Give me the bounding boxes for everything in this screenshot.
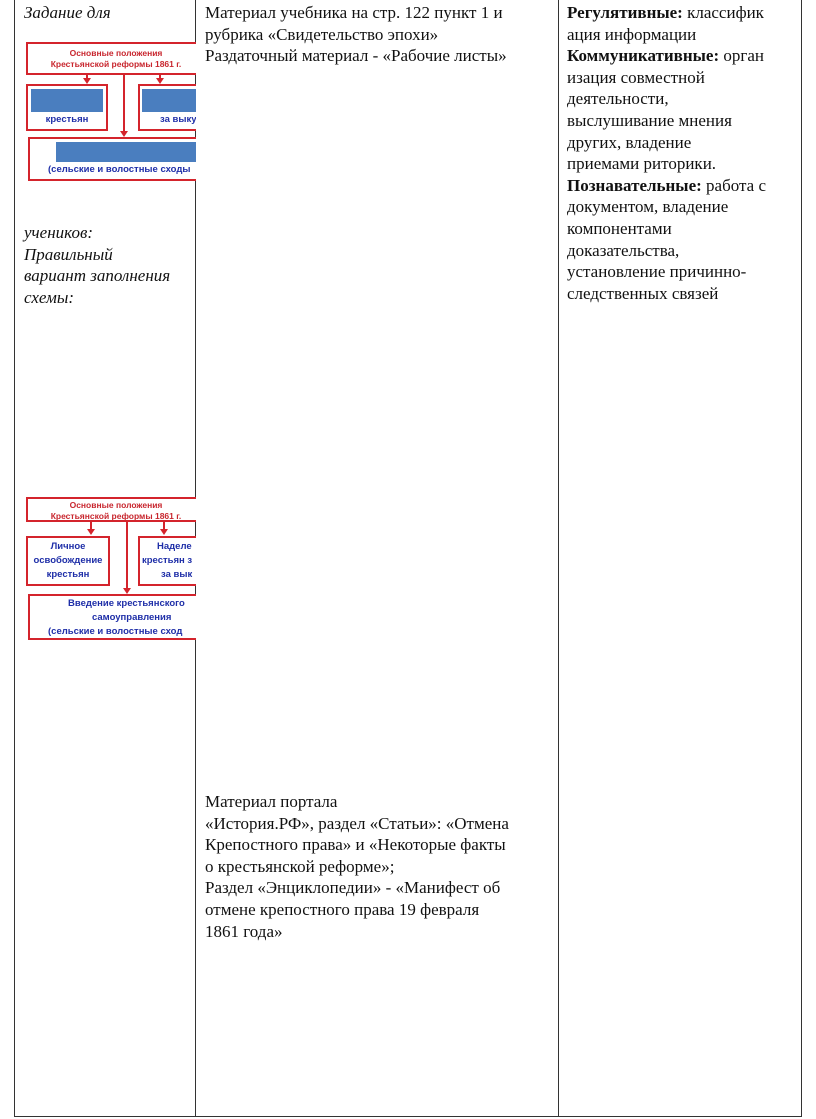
text-line: выслушивание мнения [567,110,766,132]
diagram-bottom-box: Введение крестьянского самоуправления (с… [28,594,196,640]
diagram-right-line: за вык [140,568,196,582]
text-span: классифик [683,3,764,22]
diagram-right-box: за выку [138,84,196,131]
learning-outcomes: Регулятивные: классифик ация информации … [567,2,766,304]
blank-field [56,142,196,162]
diagram-bottom-line: (сельские и волостные сход [30,625,196,639]
text-line: Материал портала [205,791,509,813]
diagram-title-line: Основные положения [28,500,196,511]
diagram-left-text: крестьян [28,113,106,127]
text-span: работа с [702,176,766,195]
text-line: доказательства, [567,240,766,262]
task-heading: Задание для [24,2,111,24]
text-line: ация информации [567,24,766,46]
regulative-line: Регулятивные: классифик [567,2,766,24]
cognitive-label: Познавательные: [567,176,702,195]
connector [123,75,125,135]
text-line: приемами риторики. [567,153,766,175]
diagram-bottom-line: Введение крестьянского [30,597,196,611]
text-line: рубрика «Свидетельство эпохи» [205,24,507,46]
regulative-label: Регулятивные: [567,3,683,22]
blank-field [31,89,103,112]
text-line: Крепостного права» и «Некоторые факты [205,834,509,856]
text-line: документом, владение [567,196,766,218]
diagram-title-box: Основные положения Крестьянской реформы … [26,497,196,522]
text-line: отмене крепостного права 19 февраля [205,899,509,921]
diagram-right-line: Наделе [140,540,196,554]
diagram-left-line: крестьян [28,568,108,582]
diagram-right-box: Наделе крестьян з за вык [138,536,196,586]
diagram-title-line: Основные положения [28,48,196,59]
text-line: следственных связей [567,283,766,305]
text-line: других, владение [567,132,766,154]
blank-field [142,89,196,112]
table-border-right [801,0,802,1117]
diagram-title-box: Основные положения Крестьянской реформы … [26,42,196,75]
diagram-title-line: Крестьянской реформы 1861 г. [28,511,196,522]
text-line: Материал учебника на стр. 122 пункт 1 и [205,2,507,24]
document-page: Задание для Основные положения Крестьянс… [0,0,816,1119]
diagram-bottom-line: самоуправления [30,611,196,625]
reform-diagram-answer: Основные положения Крестьянской реформы … [22,495,196,645]
diagram-bottom-box: (сельские и волостные сходы [28,137,196,181]
subheading-line: схемы: [24,287,170,309]
arrow-icon [160,529,168,535]
text-line: деятельности, [567,88,766,110]
communicative-label: Коммуникативные: [567,46,719,65]
materials-block-textbook: Материал учебника на стр. 122 пункт 1 и … [205,2,507,67]
diagram-bottom-text: (сельские и волостные сходы [48,163,191,177]
text-line: Раздаточный материал - «Рабочие листы» [205,45,507,67]
connector [126,522,128,592]
communicative-line: Коммуникативные: орган [567,45,766,67]
table-divider-2 [558,0,559,1117]
text-line: «История.РФ», раздел «Статьи»: «Отмена [205,813,509,835]
diagram-left-line: Личное [28,540,108,554]
diagram-right-text: за выку [160,113,196,127]
diagram-left-line: освобождение [28,554,108,568]
text-line: 1861 года» [205,921,509,943]
text-span: орган [719,46,764,65]
diagram-left-box: крестьян [26,84,108,131]
diagram-title-line: Крестьянской реформы 1861 г. [28,59,196,70]
task-subheading: учеников: Правильный вариант заполнения … [24,222,170,308]
subheading-line: вариант заполнения [24,265,170,287]
diagram-left-box: Личное освобождение крестьян [26,536,110,586]
reform-diagram-task: Основные положения Крестьянской реформы … [22,40,196,185]
subheading-line: учеников: [24,222,170,244]
text-line: Раздел «Энциклопедии» - «Манифест об [205,877,509,899]
text-line: изация совместной [567,67,766,89]
diagram-right-line: крестьян з [140,554,196,568]
subheading-line: Правильный [24,244,170,266]
materials-block-portal: Материал портала «История.РФ», раздел «С… [205,791,509,942]
arrow-icon [87,529,95,535]
cognitive-line: Познавательные: работа с [567,175,766,197]
text-line: о крестьянской реформе»; [205,856,509,878]
text-line: компонентами [567,218,766,240]
table-border-left [14,0,15,1117]
table-border-bottom [14,1116,802,1117]
text-line: установление причинно- [567,261,766,283]
